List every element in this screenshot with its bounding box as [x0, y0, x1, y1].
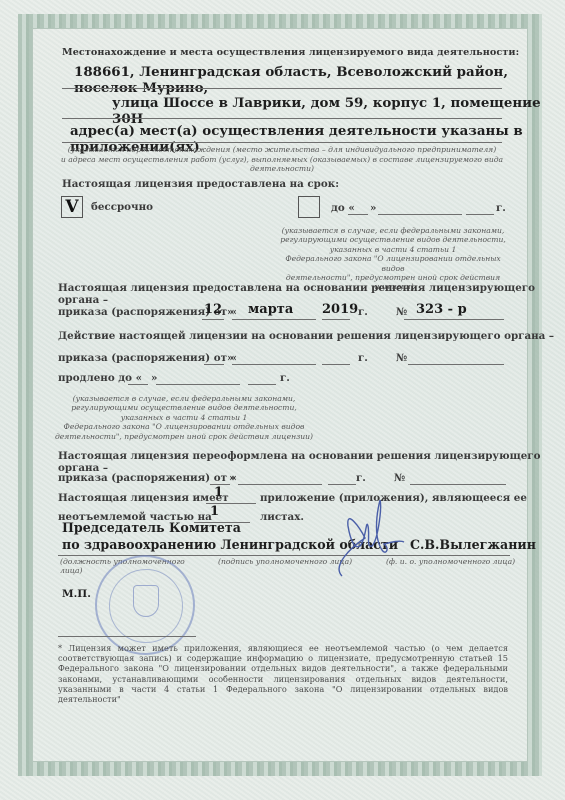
signature-rule — [58, 555, 510, 556]
reissue-basis: Настоящая лицензия переоформлена на осно… — [58, 450, 565, 474]
number-sign: № — [396, 352, 407, 364]
note-line: деятельности", предусмотрен иной срок де… — [54, 432, 314, 441]
address-note-1: (указывается адрес местонахождения (мест… — [52, 145, 512, 154]
note-line: (указывается в случае, если федеральными… — [54, 394, 314, 403]
signer-name: С.В.Вылегжанин — [410, 537, 536, 552]
extended-until-label: продлено до « — [58, 372, 142, 384]
extension-day-field[interactable] — [204, 364, 224, 365]
grant-number-line — [404, 319, 504, 320]
indefinite-label: бессрочно — [91, 201, 153, 213]
until-year-field[interactable] — [466, 214, 494, 215]
rule — [62, 142, 502, 143]
quote-close: » — [227, 306, 233, 318]
indefinite-checkbox[interactable]: V — [61, 196, 83, 218]
appendix-prefix: Настоящая лицензия имеет — [58, 492, 229, 504]
grant-month: марта — [248, 302, 293, 317]
note-line: указанных в части 4 статьи 1 — [278, 245, 508, 254]
rule — [62, 118, 502, 119]
rule — [62, 88, 502, 89]
extension-year-field[interactable] — [322, 364, 350, 365]
year-suffix: г. — [280, 372, 290, 384]
reissue-month-field[interactable] — [238, 484, 322, 485]
note-line: (указывается в случае, если федеральными… — [278, 226, 508, 235]
grant-year: 2019 — [322, 302, 358, 317]
reissue-order-label: приказа (распоряжения) от « — [58, 472, 237, 484]
grant-basis: Настоящая лицензия предоставлена на осно… — [58, 282, 565, 306]
sheets-count: 1 — [210, 504, 219, 519]
footnote-rule — [58, 636, 196, 637]
extension-note: (указывается в случае, если федеральными… — [54, 394, 314, 441]
address-line-1: 188661, Ленинградская область, Всеволожс… — [74, 64, 565, 96]
extended-day-field[interactable] — [128, 384, 148, 385]
reissue-number-field[interactable] — [410, 484, 506, 485]
quote-close: » — [229, 472, 235, 484]
signature-ink — [320, 498, 420, 578]
year-suffix: г. — [358, 352, 368, 364]
grant-month-line — [232, 319, 316, 320]
note-line: регулирующими осуществление видов деятел… — [278, 235, 508, 244]
extension-order-label: приказа (распоряжения) от « — [58, 352, 237, 364]
official-seal — [95, 555, 195, 655]
grant-number: 323 - р — [416, 302, 467, 317]
term-header: Настоящая лицензия предоставлена на срок… — [62, 178, 339, 190]
until-month-field[interactable] — [378, 214, 462, 215]
grant-day: 12 — [204, 302, 222, 317]
location-header: Местонахождение и места осуществления ли… — [62, 47, 519, 58]
address-note-2: и адреса мест осуществления работ (услуг… — [52, 155, 512, 174]
license-page: Местонахождение и места осуществления ли… — [0, 0, 565, 800]
quote-close: » — [227, 352, 233, 364]
extended-year-field[interactable] — [248, 384, 276, 385]
quote-close: » — [151, 372, 157, 384]
quote-close: » — [370, 202, 376, 214]
note-line: регулирующими осуществление видов деятел… — [54, 403, 314, 412]
coat-of-arms-icon — [133, 585, 159, 617]
year-suffix: г. — [358, 306, 368, 318]
until-label: до « — [331, 202, 355, 214]
extension-month-field[interactable] — [232, 364, 316, 365]
extension-number-field[interactable] — [408, 364, 504, 365]
reissue-year-field[interactable] — [328, 484, 356, 485]
note-line: Федерального закона "О лицензировании от… — [278, 254, 508, 273]
until-day-field[interactable] — [348, 214, 368, 215]
checkmark-v: V — [65, 197, 78, 217]
note-line: Федерального закона "О лицензировании от… — [54, 422, 314, 431]
signer-title-1: Председатель Комитета — [62, 520, 241, 535]
grant-day-line — [202, 319, 224, 320]
appendix-count: 1 — [214, 485, 223, 500]
number-sign: № — [394, 472, 405, 484]
until-checkbox[interactable] — [298, 196, 320, 218]
footnote: * Лицензия может иметь приложения, являю… — [58, 643, 508, 704]
year-suffix: г. — [356, 472, 366, 484]
extended-month-field[interactable] — [156, 384, 240, 385]
seal-place: М.П. — [62, 588, 91, 600]
sheets-suffix: листах. — [260, 511, 304, 523]
year-suffix: г. — [496, 202, 506, 214]
note-line: указанных в части 4 статьи 1 — [54, 413, 314, 422]
number-sign: № — [396, 306, 407, 318]
grant-year-line — [322, 319, 350, 320]
extension-basis: Действие настоящей лицензии на основании… — [58, 330, 554, 342]
